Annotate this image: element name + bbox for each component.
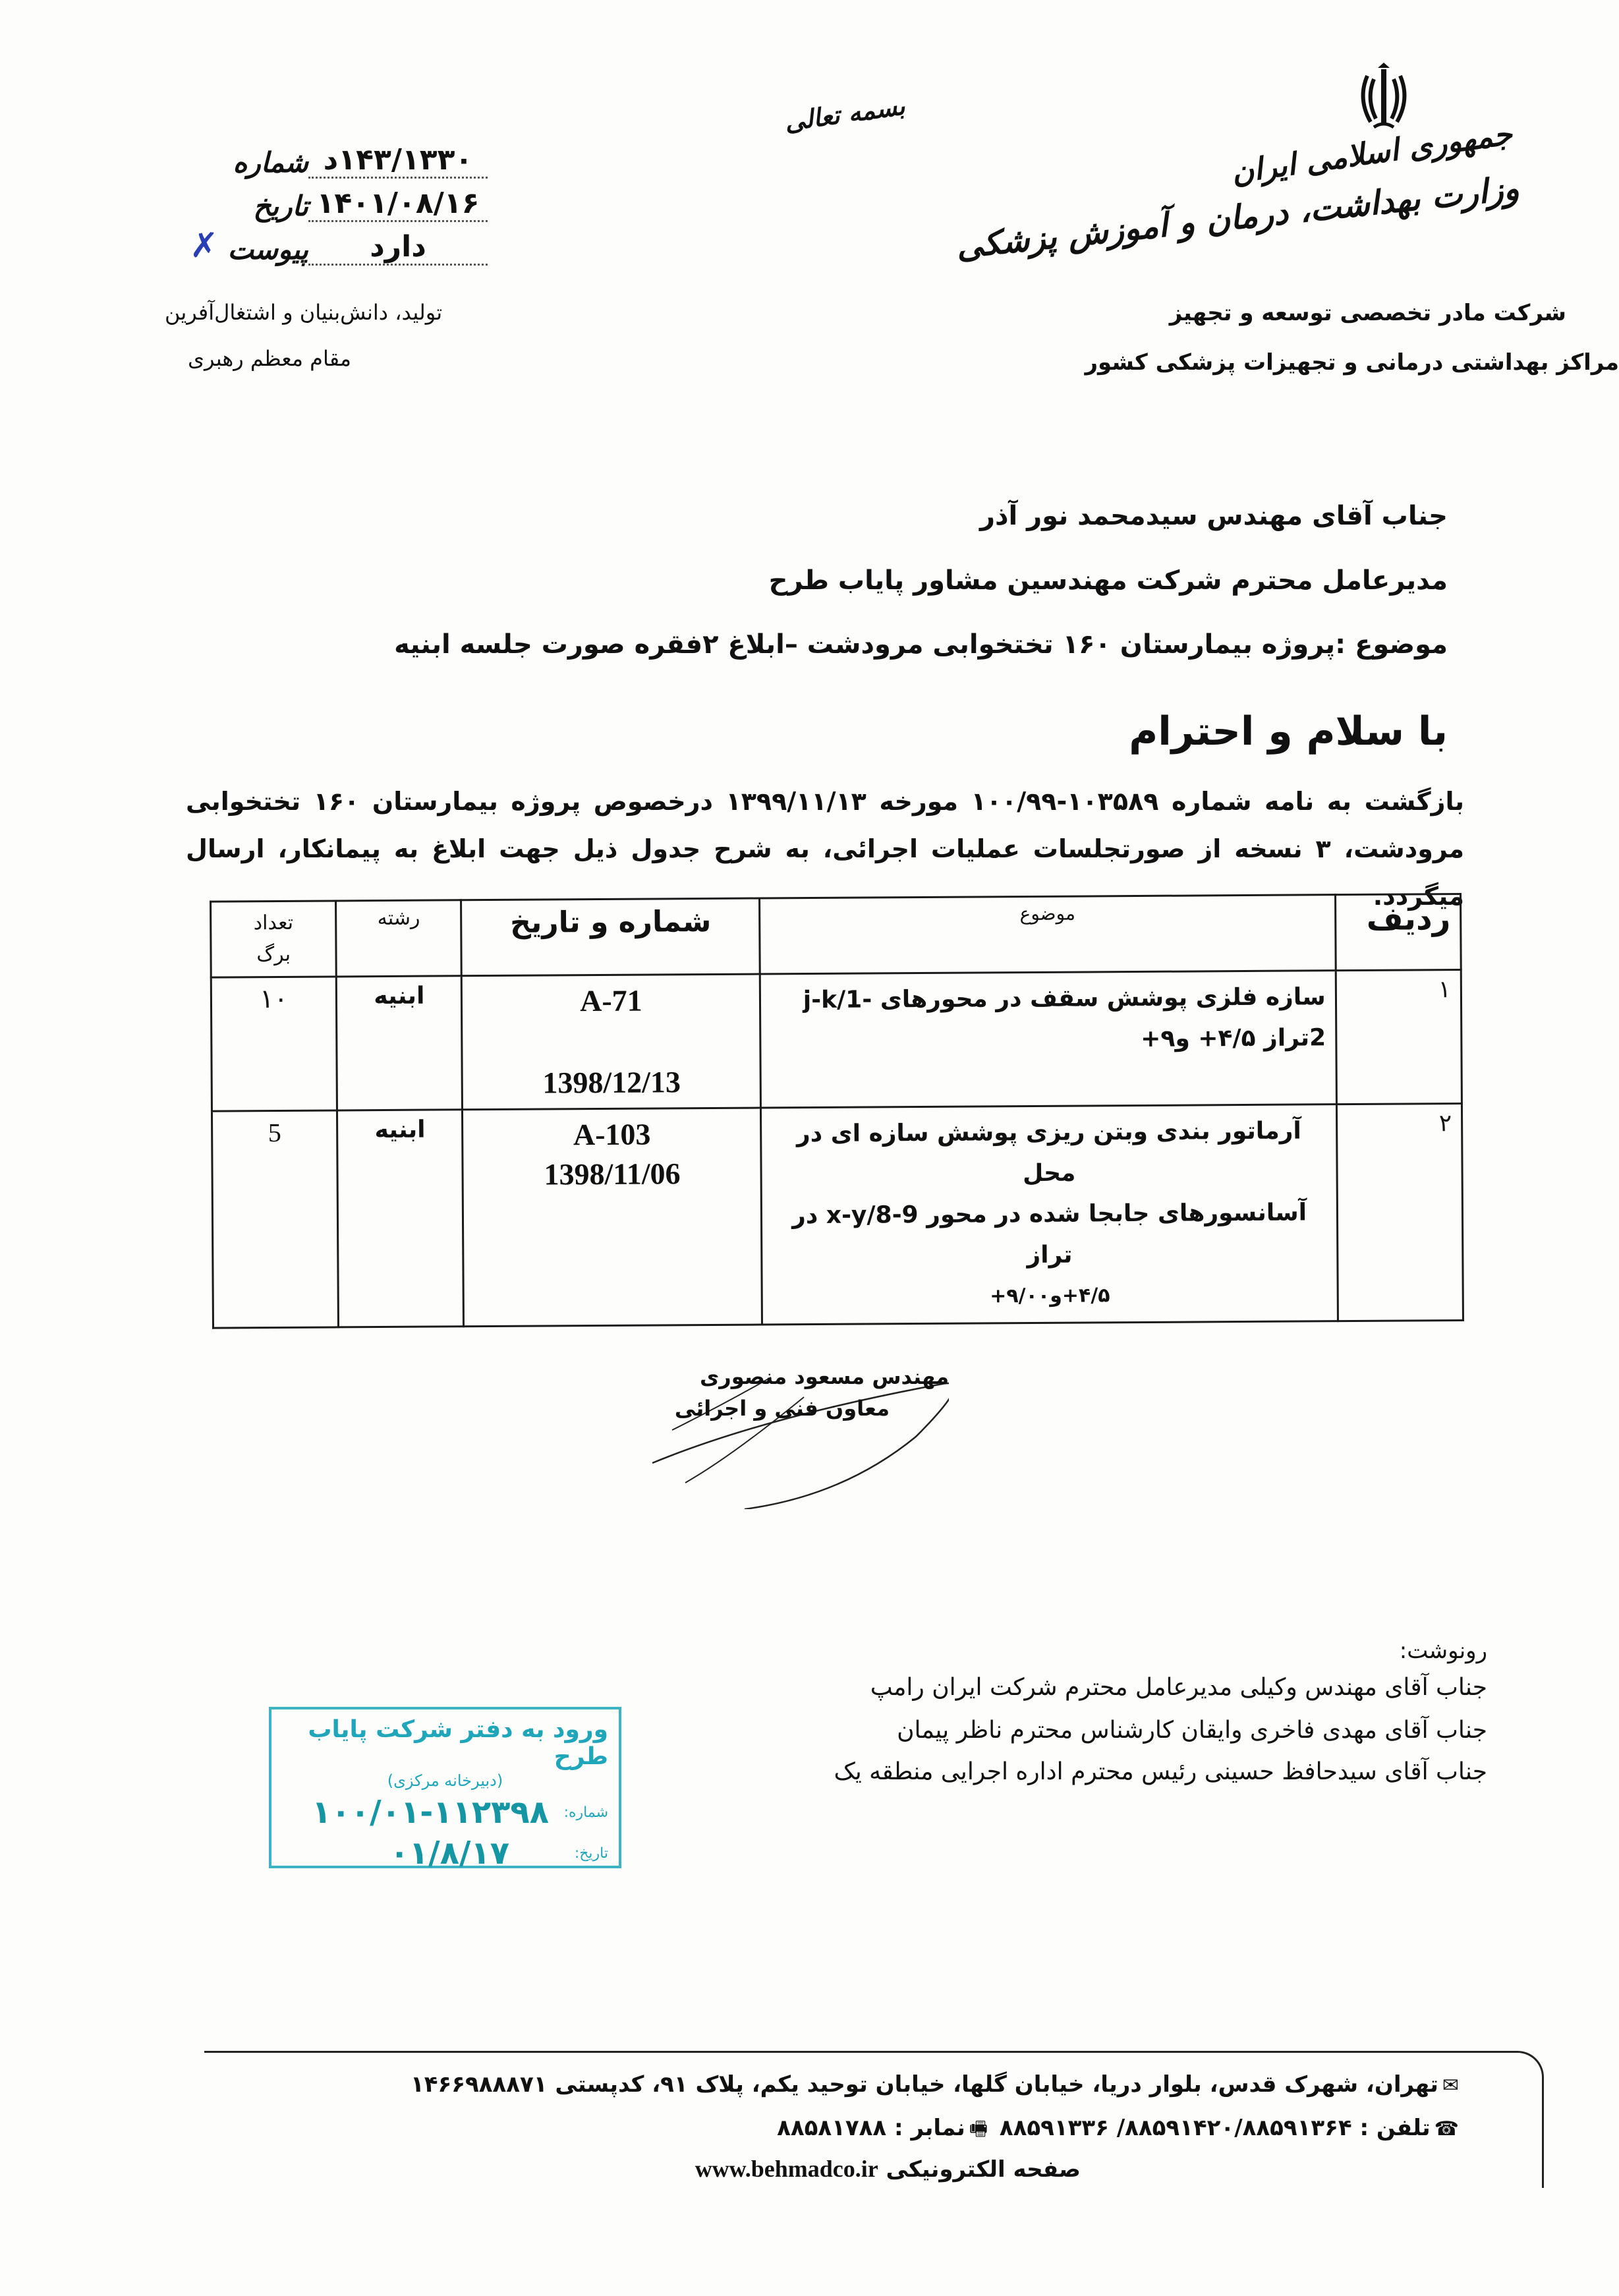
cell-radif: ۲: [1336, 1104, 1463, 1321]
phone-label: تلفن :: [1359, 2115, 1430, 2141]
check-mark-icon: ✗: [190, 226, 219, 266]
cell-subject-line2: آسانسورهای جابجا شده در محور x-y/8-9 در …: [772, 1192, 1327, 1277]
table-header-row: ردیف موضوع شماره و تاریخ رشته تعداد برگ: [211, 894, 1462, 978]
iran-emblem-icon: [1354, 63, 1413, 135]
cell-number-date: A-71 1398/12/13: [462, 974, 761, 1110]
cell-subject-line1: آرماتور بندی وبتن ریزی پوشش سازه ای در م…: [771, 1110, 1326, 1195]
cell-count: ۱۰: [211, 977, 337, 1111]
meta-date-row: تاریخ ۱۴۰۱/۰۸/۱۶: [198, 179, 488, 222]
header-number-date: شماره و تاریخ: [461, 898, 760, 976]
footer: ✉تهران، شهرک قدس، بلوار دریا، خیابان گله…: [204, 2051, 1544, 2188]
cell-radif: ۱: [1336, 970, 1462, 1105]
footer-phone-line: ☎تلفن : ۸۸۵۹۱۴۲۰/۸۸۵۹۱۳۶۴/ ۸۸۵۹۱۳۳۶ 🖷نما…: [777, 2114, 1463, 2148]
stamp-date-value: ۰۱/۸/۱۷: [389, 1835, 509, 1872]
stamp-date-row: تاریخ: ۰۱/۸/۱۷: [282, 1835, 608, 1872]
cc-item: جناب آقای سیدحافظ حسینی رئیس محترم اداره…: [834, 1758, 1487, 1785]
company-name-line2: مراکز بهداشتی درمانی و تجهیزات پزشکی کشو…: [1085, 349, 1619, 376]
cell-subject-line3: ۴/۵+و۹/۰۰+: [772, 1274, 1328, 1318]
phone-icon: ☎: [1434, 2117, 1459, 2140]
cell-field: ابنیه: [337, 1110, 464, 1327]
cc-item: جناب آقای مهدی فاخری وایقان کارشناس محتر…: [897, 1717, 1487, 1744]
stamp-number-value: ۱۰۰/۰۱-۱۱۲۳۹۸: [312, 1794, 549, 1831]
meta-number-row: شماره ۱۴۳/۱۳۳۰د: [198, 135, 488, 179]
minutes-table: ردیف موضوع شماره و تاریخ رشته تعداد برگ …: [210, 893, 1464, 1329]
footer-address-line: ✉تهران، شهرک قدس، بلوار دریا، خیابان گله…: [411, 2071, 1463, 2098]
date-label: تاریخ: [253, 190, 308, 222]
cc-label: رونوشت:: [1400, 1638, 1487, 1664]
header-count-line1: تعداد: [221, 907, 326, 940]
envelope-icon: ✉: [1442, 2074, 1459, 2097]
header-count-line2: برگ: [221, 939, 326, 971]
fax-label: نمابر :: [894, 2115, 965, 2141]
date-value: ۱۴۰۱/۰۸/۱۶: [308, 187, 488, 222]
header-radif: ردیف: [1335, 894, 1461, 971]
greeting: با سلام و احترام: [1129, 708, 1448, 755]
signature-block: مهندس مسعود منصوری معاون فنی و اجرائی: [633, 1338, 949, 1509]
signatory-name: مهندس مسعود منصوری: [700, 1364, 949, 1389]
table-row: ۱ سازه فلزی پوشش سقف در محورهای j-k/1-2ت…: [211, 970, 1462, 1112]
stamp-number-row: شماره: ۱۰۰/۰۱-۱۱۲۳۹۸: [282, 1794, 608, 1831]
website-link[interactable]: www.behmadco.ir: [695, 2156, 878, 2182]
subject-line: موضوع :پروژه بیمارستان ۱۶۰ تختخوابی مرود…: [394, 629, 1448, 660]
stamp-title: ورود به دفتر شرکت پایاب طرح: [282, 1716, 608, 1770]
attachment-label: پیوست: [228, 233, 309, 266]
header-field: رشته: [336, 900, 462, 977]
cell-field: ابنیه: [337, 976, 463, 1110]
number-label: شماره: [233, 146, 308, 179]
signature-scribble-icon: [633, 1338, 949, 1509]
fax-value: ۸۸۵۸۱۷۸۸: [777, 2115, 886, 2141]
stamp-number-label: شماره:: [549, 1804, 608, 1821]
header-subject: موضوع: [760, 895, 1336, 974]
cell-subject: سازه فلزی پوشش سقف در محورهای j-k/1-2ترا…: [760, 971, 1337, 1108]
cc-item: جناب آقای مهندس وکیلی مدیرعامل محترم شرک…: [870, 1674, 1487, 1701]
recipient-position: مدیرعامل محترم شرکت مهندسین مشاور پایاب …: [769, 565, 1448, 596]
slogan-line1: تولید، دانش‌بنیان و اشتغال‌آفرین: [165, 300, 442, 325]
fax-icon: 🖷: [969, 2114, 988, 2148]
meta-attachment-row: ✗ پیوست دارد: [198, 222, 488, 266]
cell-date: 1398/11/06: [473, 1154, 751, 1195]
phone-value: ۸۸۵۹۱۴۲۰/۸۸۵۹۱۳۶۴/ ۸۸۵۹۱۳۳۶: [1000, 2115, 1352, 2141]
cell-number: A-103: [473, 1114, 751, 1156]
cell-date: 1398/12/13: [472, 1062, 751, 1104]
company-name-line1: شرکت مادر تخصصی توسعه و تجهیز: [1170, 300, 1566, 326]
table-row: ۲ آرماتور بندی وبتن ریزی پوشش سازه ای در…: [212, 1104, 1463, 1329]
cell-number: A-71: [472, 981, 750, 1022]
footer-web-line: صفحه الکترونیکی www.behmadco.ir: [695, 2155, 1081, 2183]
web-label: صفحه الکترونیکی: [886, 2156, 1081, 2183]
slogan-line2: مقام معظم رهبری: [188, 346, 351, 371]
number-value: ۱۴۳/۱۳۳۰د: [308, 143, 488, 179]
signatory-title: معاون فنی و اجرائی: [675, 1396, 890, 1421]
bismillah: بسمه تعالی: [783, 90, 907, 136]
cell-number-date: A-103 1398/11/06: [463, 1108, 762, 1327]
stamp-date-label: تاریخ:: [549, 1845, 608, 1862]
recipient: جناب آقای مهندس سیدمحمد نور آذر: [980, 501, 1448, 531]
stamp-subtitle: (دبیرخانه مرکزی): [282, 1771, 608, 1790]
cell-subject: آرماتور بندی وبتن ریزی پوشش سازه ای در م…: [761, 1105, 1338, 1325]
attachment-value: دارد: [308, 230, 488, 266]
letter-meta: شماره ۱۴۳/۱۳۳۰د تاریخ ۱۴۰۱/۰۸/۱۶ ✗ پیوست…: [198, 135, 488, 266]
receipt-stamp: ورود به دفتر شرکت پایاب طرح (دبیرخانه مر…: [269, 1707, 621, 1868]
header-count: تعداد برگ: [211, 901, 337, 977]
cell-count: 5: [212, 1110, 338, 1328]
footer-address: تهران، شهرک قدس، بلوار دریا، خیابان گلها…: [411, 2071, 1438, 2098]
